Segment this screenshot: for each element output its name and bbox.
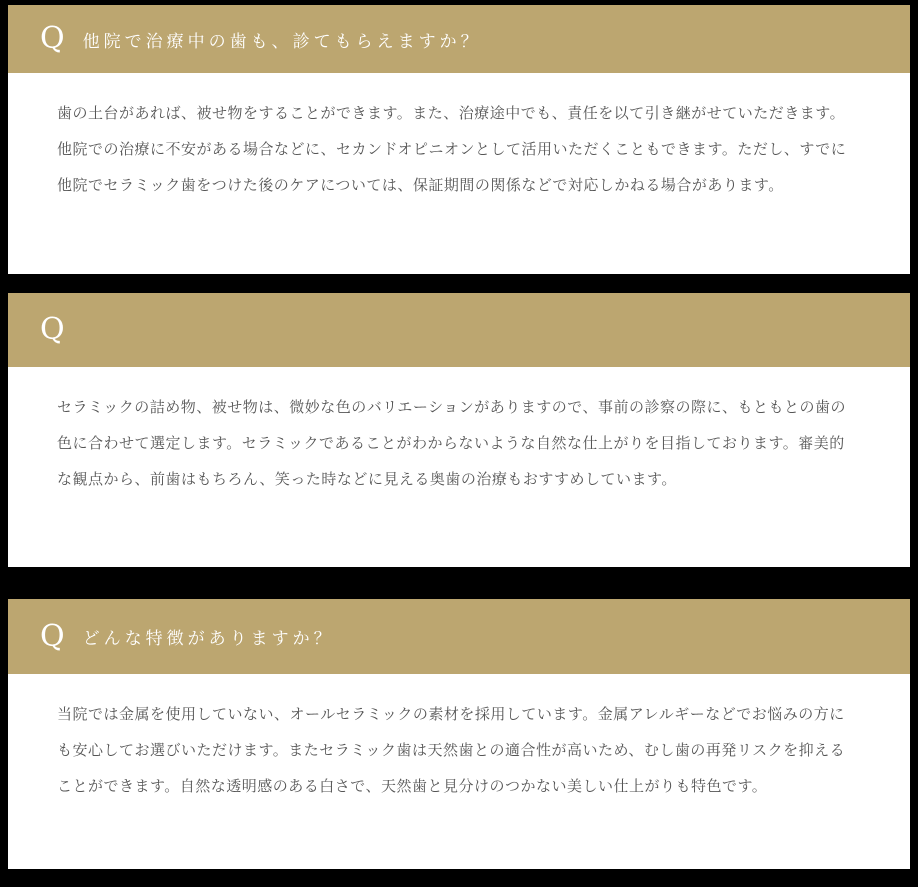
faq-section-1: Q 他院で治療中の歯も、診てもらえますか？ 歯の土台があれば、被せ物をすることが…: [8, 5, 910, 274]
q-mark: Q: [40, 24, 65, 54]
q-mark: Q: [40, 315, 65, 345]
answer-panel: セラミックの詰め物、被せ物は、微妙な色のバリエーションがありますので、事前の診察…: [8, 367, 910, 567]
question-text: 他院で治療中の歯も、診てもらえますか？: [83, 27, 482, 52]
faq-page: Q 他院で治療中の歯も、診てもらえますか？ 歯の土台があれば、被せ物をすることが…: [0, 0, 918, 887]
faq-section-2: Q セラミックの詰め物、被せ物は、微妙な色のバリエーションがありますので、事前の…: [8, 293, 910, 567]
question-bar: Q 他院で治療中の歯も、診てもらえますか？: [8, 5, 910, 73]
answer-text: 当院では金属を使用していない、オールセラミックの素材を採用しています。金属アレル…: [8, 674, 910, 804]
faq-section-3: Q どんな特徴がありますか？ 当院では金属を使用していない、オールセラミックの素…: [8, 599, 910, 869]
answer-panel: 当院では金属を使用していない、オールセラミックの素材を採用しています。金属アレル…: [8, 674, 910, 869]
question-bar: Q どんな特徴がありますか？: [8, 599, 910, 674]
answer-panel: 歯の土台があれば、被せ物をすることができます。また、治療途中でも、責任を以て引き…: [8, 73, 910, 274]
question-bar: Q: [8, 293, 910, 367]
answer-text: 歯の土台があれば、被せ物をすることができます。また、治療途中でも、責任を以て引き…: [8, 73, 910, 203]
question-text: どんな特徴がありますか？: [83, 624, 335, 649]
q-mark: Q: [40, 622, 65, 652]
answer-text: セラミックの詰め物、被せ物は、微妙な色のバリエーションがありますので、事前の診察…: [8, 367, 910, 497]
